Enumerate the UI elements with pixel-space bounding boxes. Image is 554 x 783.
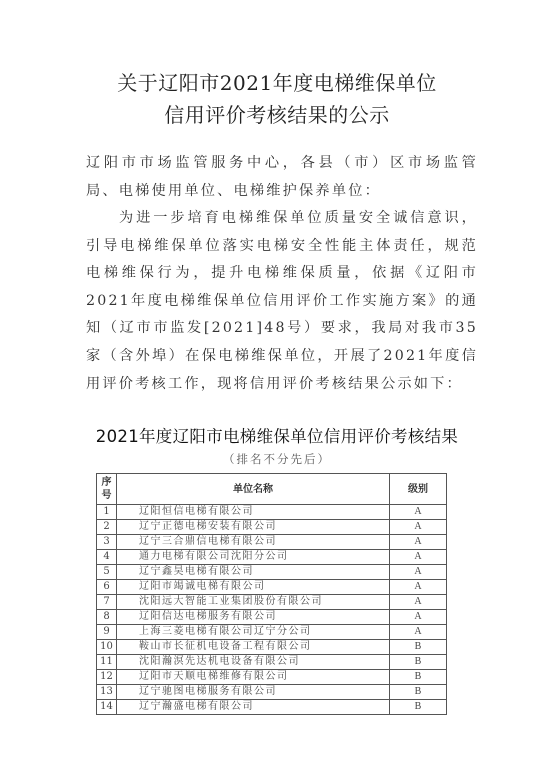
table-title: 2021年度辽阳市电梯维保单位信用评价考核结果 bbox=[0, 423, 554, 447]
table-subtitle: （排名不分先后） bbox=[0, 451, 554, 467]
row-number: 10 bbox=[97, 640, 117, 655]
row-number: 2 bbox=[97, 520, 117, 535]
table-row: 11沈阳瀚溟先达机电设备有限公司B bbox=[97, 655, 447, 670]
unit-name: 辽阳市竭诚电梯有限公司 bbox=[117, 580, 390, 595]
table-row: 8辽阳信达电梯服务有限公司A bbox=[97, 610, 447, 625]
grade: A bbox=[390, 610, 447, 625]
grade: B bbox=[390, 685, 447, 700]
table-row: 13辽宁驰图电梯服务有限公司B bbox=[97, 685, 447, 700]
header-unit-name: 单位名称 bbox=[117, 474, 390, 505]
row-number: 1 bbox=[97, 505, 117, 520]
table-row: 1辽阳恒信电梯有限公司A bbox=[97, 505, 447, 520]
table-row: 2辽宁正德电梯安装有限公司A bbox=[97, 520, 447, 535]
unit-name: 辽宁三合鼎信电梯有限公司 bbox=[117, 535, 390, 550]
row-number: 14 bbox=[97, 700, 117, 715]
row-number: 13 bbox=[97, 685, 117, 700]
row-number: 12 bbox=[97, 670, 117, 685]
grade: A bbox=[390, 505, 447, 520]
results-table: 序号 单位名称 级别 1辽阳恒信电梯有限公司A 2辽宁正德电梯安装有限公司A 3… bbox=[96, 473, 447, 715]
table-row: 9上海三菱电梯有限公司辽宁分公司A bbox=[97, 625, 447, 640]
grade: B bbox=[390, 640, 447, 655]
row-number: 4 bbox=[97, 550, 117, 565]
unit-name: 辽阳恒信电梯有限公司 bbox=[117, 505, 390, 520]
row-number: 3 bbox=[97, 535, 117, 550]
grade: B bbox=[390, 700, 447, 715]
unit-name: 鞍山市长征机电设备工程有限公司 bbox=[117, 640, 390, 655]
table-row: 4通力电梯有限公司沈阳分公司A bbox=[97, 550, 447, 565]
unit-name: 辽宁鑫昊电梯有限公司 bbox=[117, 565, 390, 580]
document-title-line-1: 关于辽阳市2021年度电梯维保单位 bbox=[0, 68, 554, 98]
unit-name: 辽宁正德电梯安装有限公司 bbox=[117, 520, 390, 535]
table-row: 10鞍山市长征机电设备工程有限公司B bbox=[97, 640, 447, 655]
body-paragraph: 为进一步培育电梯维保单位质量安全诚信意识，引导电梯维保单位落实电梯安全性能主体责… bbox=[86, 205, 478, 398]
unit-name: 辽阳信达电梯服务有限公司 bbox=[117, 610, 390, 625]
row-number: 5 bbox=[97, 565, 117, 580]
table-header-row: 序号 单位名称 级别 bbox=[97, 474, 447, 505]
unit-name: 辽宁驰图电梯服务有限公司 bbox=[117, 685, 390, 700]
row-number: 8 bbox=[97, 610, 117, 625]
table-row: 5辽宁鑫昊电梯有限公司A bbox=[97, 565, 447, 580]
table-row: 7沈阳远大智能工业集团股份有限公司A bbox=[97, 595, 447, 610]
row-number: 7 bbox=[97, 595, 117, 610]
unit-name: 辽宁瀚盛电梯有限公司 bbox=[117, 700, 390, 715]
table-row: 12辽阳市天顺电梯维修有限公司B bbox=[97, 670, 447, 685]
row-number: 6 bbox=[97, 580, 117, 595]
grade: A bbox=[390, 520, 447, 535]
row-number: 9 bbox=[97, 625, 117, 640]
table-row: 3辽宁三合鼎信电梯有限公司A bbox=[97, 535, 447, 550]
grade: A bbox=[390, 580, 447, 595]
unit-name: 沈阳瀚溟先达机电设备有限公司 bbox=[117, 655, 390, 670]
grade: A bbox=[390, 625, 447, 640]
grade: B bbox=[390, 655, 447, 670]
header-serial-number: 序号 bbox=[97, 474, 117, 505]
unit-name: 辽阳市天顺电梯维修有限公司 bbox=[117, 670, 390, 685]
salutation-paragraph: 辽阳市市场监管服务中心，各县（市）区市场监管局、电梯使用单位、电梯维护保养单位： bbox=[86, 150, 478, 205]
table-row: 6辽阳市竭诚电梯有限公司A bbox=[97, 580, 447, 595]
unit-name: 上海三菱电梯有限公司辽宁分公司 bbox=[117, 625, 390, 640]
grade: A bbox=[390, 595, 447, 610]
unit-name: 通力电梯有限公司沈阳分公司 bbox=[117, 550, 390, 565]
unit-name: 沈阳远大智能工业集团股份有限公司 bbox=[117, 595, 390, 610]
grade: A bbox=[390, 565, 447, 580]
grade: B bbox=[390, 670, 447, 685]
header-grade: 级别 bbox=[390, 474, 447, 505]
table-row: 14辽宁瀚盛电梯有限公司B bbox=[97, 700, 447, 715]
row-number: 11 bbox=[97, 655, 117, 670]
grade: A bbox=[390, 535, 447, 550]
document-title-line-2: 信用评价考核结果的公示 bbox=[0, 100, 554, 130]
grade: A bbox=[390, 550, 447, 565]
